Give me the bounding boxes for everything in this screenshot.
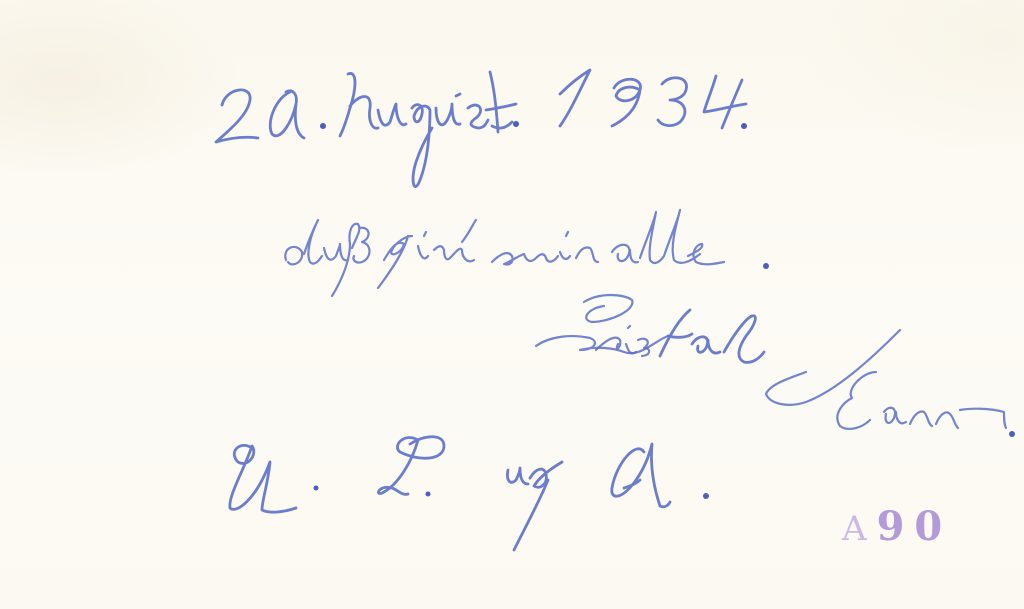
handwritten-card: 20. August. 1934. daß sind wir alle. Bri…: [0, 0, 1024, 609]
place-handwriting: [536, 295, 1015, 437]
country-handwriting: [230, 437, 709, 550]
message-handwriting: [285, 210, 769, 296]
stamp-prefix: A: [842, 509, 877, 549]
date-handwriting: [216, 70, 747, 187]
stamp-number: 90: [877, 503, 953, 550]
archive-stamp: A90: [842, 503, 952, 550]
